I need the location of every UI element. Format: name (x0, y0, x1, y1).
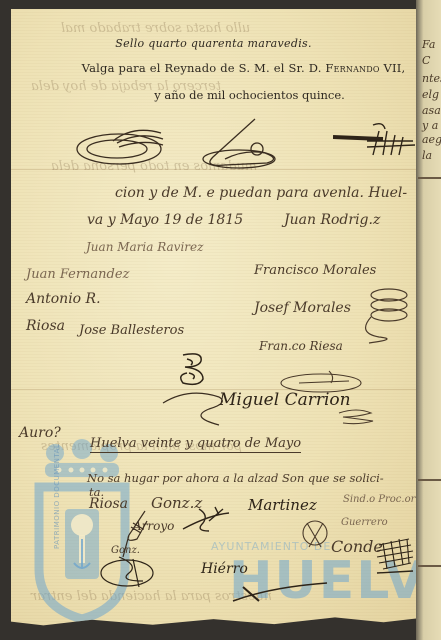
adjacent-page-text: asab (422, 104, 441, 117)
signature: Guerrero (341, 517, 388, 528)
adjacent-page-text: Fa (422, 38, 435, 51)
adjacent-page-text: aegla (422, 133, 441, 146)
adjacent-page-text: elg (422, 88, 439, 101)
stamp-header-line-2-prefix: Valga para el Reynado de S. M. el Sr. D. (82, 61, 326, 75)
signature: Jose Ballesteros (79, 323, 184, 338)
adjacent-page-text: ntese (422, 72, 441, 85)
body-text-line-2: va y Mayo 19 de 1815 (87, 212, 243, 228)
watermark-vertical-text: PATRIMONIO DOCUMENTAL (53, 444, 61, 549)
rubric-flourish-icon (337, 407, 377, 427)
rubric-flourish-icon (299, 517, 331, 553)
adjacent-page-text: y a (422, 119, 438, 132)
bleed-through-text: ullo hasta sobre trabado mal (61, 21, 250, 36)
adjacent-page-rule (418, 565, 441, 567)
document-sheet: ullo hasta sobre trabado mal tercero la … (11, 9, 416, 631)
stamp-header-line-2: Valga para el Reynado de S. M. el Sr. D.… (41, 61, 416, 75)
rubric-flourish-icon (99, 551, 159, 591)
signature: Francisco Morales (254, 263, 376, 278)
signature: Juan Maria Ravirez (86, 240, 203, 254)
signature: Fran.co Riesa (259, 339, 343, 353)
signature: Josef Morales (254, 300, 351, 316)
rubric-flourish-icon (373, 537, 416, 577)
signature: Riosa (26, 318, 65, 334)
signature: Miguel Carrion (219, 390, 351, 410)
signature-title: Sind.o Proc.or (343, 494, 415, 505)
rubric-flourish-icon (179, 505, 234, 535)
decree-text-line-1: No sa hugar por ahora a la alzad Son que… (87, 471, 384, 485)
adjacent-page-text: la (422, 149, 432, 162)
adjacent-page-text: C (422, 54, 430, 67)
adjacent-page-rule (418, 479, 441, 481)
signature: Juan Fernandez (26, 267, 129, 282)
signature: Antonio R. (26, 291, 101, 307)
signature: Martinez (248, 496, 317, 514)
rubric-flourish-icon (159, 389, 229, 429)
rubric-flourish-icon (195, 117, 285, 172)
stamp-header-line-2-suffix: , (401, 61, 405, 75)
rubric-flourish-icon (231, 579, 331, 604)
stamp-header-king-name: Fernando VII (325, 61, 401, 75)
signature: Hiérro (201, 561, 248, 577)
rubric-flourish-icon (349, 277, 411, 347)
rubric-flourish-icon (333, 121, 416, 161)
rubric-flourish-icon (173, 349, 213, 389)
date-line: Huelva veinte y quatro de Mayo (90, 436, 301, 453)
stamp-header-line-3: y año de mil ochocientos quince. (47, 88, 416, 102)
adjacent-page-rule (418, 177, 441, 179)
rubric-flourish-icon (73, 121, 173, 171)
stamp-header-line-1: Sello quarto quarenta maravedis. (11, 37, 416, 50)
body-text-line-1: cion y de M. e puedan para avenla. Huel- (115, 185, 407, 201)
signature: Juan Rodrig.z (284, 212, 380, 228)
adjacent-page-edge: Fa C ntese elg asab y a aegla la (416, 0, 441, 640)
margin-note: Auro? (19, 425, 61, 441)
